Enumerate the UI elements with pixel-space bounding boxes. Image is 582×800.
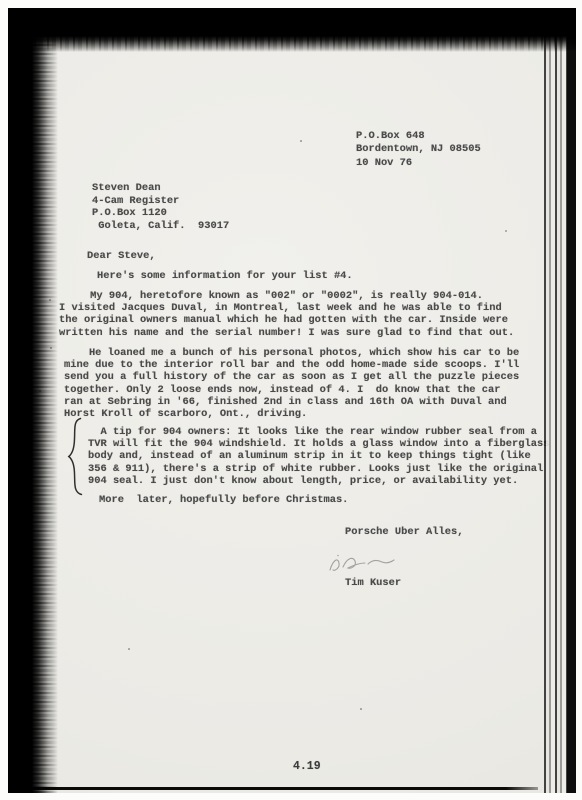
body-paragraph-1: My 904, heretofore known as "002" or "00… <box>59 290 514 339</box>
recipient-address-block: Steven Dean 4-Cam Register P.O.Box 1120 … <box>92 182 229 232</box>
valediction: Porsche Uber Alles, <box>345 526 463 538</box>
scan-shadow-top <box>8 8 576 52</box>
scan-edge-right <box>544 8 576 793</box>
closing-line: More later, hopefully before Christmas. <box>99 494 348 506</box>
intro-line: Here's some information for your list #4… <box>97 270 353 282</box>
scanned-letter-photo: P.O.Box 648 Bordentown, NJ 08505 10 Nov … <box>0 0 582 800</box>
scan-speck <box>505 230 507 232</box>
signature-scrawl <box>326 550 398 576</box>
scan-speck <box>300 140 302 142</box>
body-paragraph-2: He loaned me a bunch of his personal pho… <box>64 347 519 420</box>
letter-page: P.O.Box 648 Bordentown, NJ 08505 10 Nov … <box>8 8 576 793</box>
page-number: 4.19 <box>293 761 321 773</box>
scan-speck <box>214 296 215 298</box>
body-paragraph-3: A tip for 904 owners: It looks like the … <box>88 426 549 487</box>
scan-speck <box>128 648 130 650</box>
signature-name: Tim Kuser <box>345 577 401 589</box>
scan-speck <box>360 708 362 710</box>
handwritten-brace-mark <box>67 417 83 496</box>
sender-address-block: P.O.Box 648 Bordentown, NJ 08505 10 Nov … <box>356 130 481 170</box>
scan-edge-bottom <box>8 787 538 790</box>
salutation: Dear Steve, <box>87 250 156 262</box>
scan-shadow-left <box>8 8 60 793</box>
